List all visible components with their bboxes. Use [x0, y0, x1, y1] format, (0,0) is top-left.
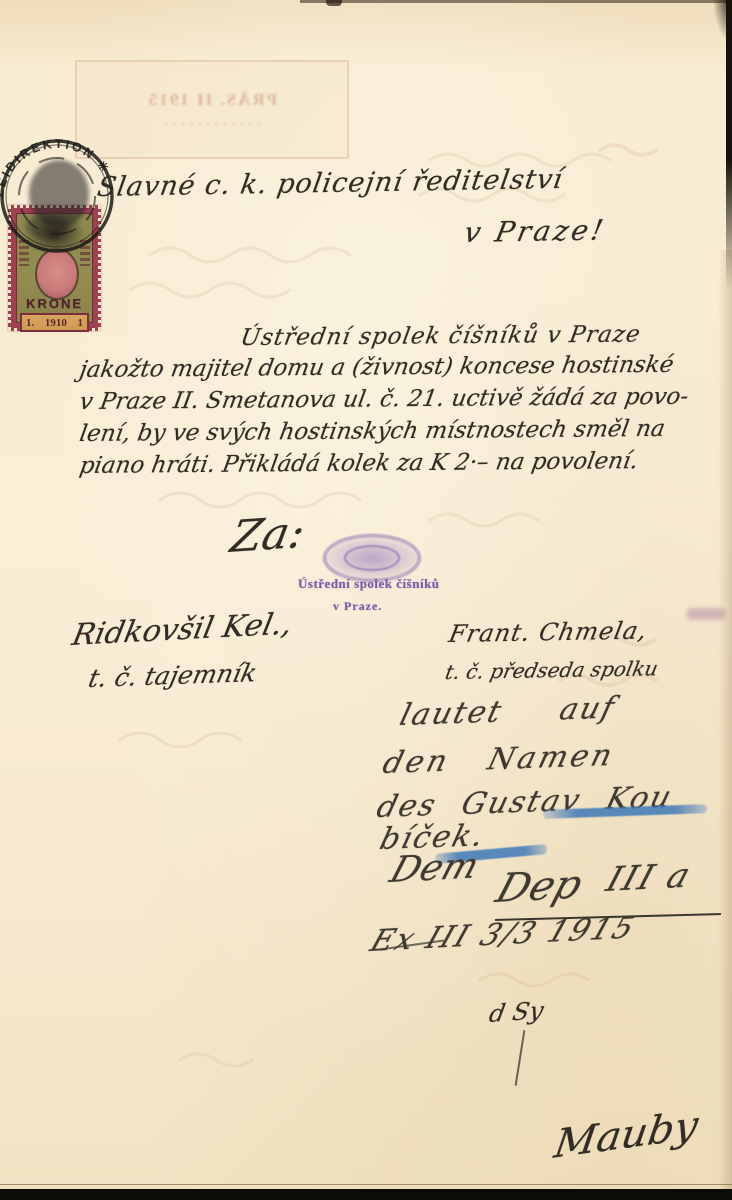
signature-right-name: Frant. Chmela, [447, 617, 650, 648]
ghost-registry-stamp-line1: PRÄS. II 1915 [77, 90, 347, 110]
body-line-5: piano hráti. Přikládá kolek za K 2·– na … [78, 448, 640, 479]
top-edge-mark [326, 0, 342, 6]
stamp-denomination-label: KRONE [17, 296, 92, 311]
right-edge-soft-shade [718, 250, 732, 1200]
za-label: Za: [227, 507, 309, 563]
stamp-value-left: 1. [26, 317, 34, 329]
paraph-initials: d Sy [487, 996, 546, 1028]
right-edge-shadow [726, 0, 732, 290]
signature-left-title: t. č. tajemník [86, 658, 260, 693]
heading-city: v Praze! [462, 214, 609, 249]
association-stamp-emblem-icon [323, 534, 421, 582]
body-line-1: Ústřední spolek číšníků v Praze [239, 322, 643, 351]
routing-word-dep: Dep [491, 862, 588, 912]
stamp-value-right: 1 [78, 317, 84, 329]
bottom-fold-line [0, 1184, 732, 1185]
signature-right-title: t. č. předseda spolku [443, 656, 660, 684]
body-line-2: jakožto majitel domu a (živnost) koncese… [78, 352, 676, 383]
stamp-value-tablet: 1. 1910 1 [20, 313, 89, 332]
scanned-document-page: PRÄS. II 1915 · · · · · · · · · · · · KR… [0, 0, 732, 1200]
body-line-3: v Praze II. Smetanova ul. č. 21. uctivě … [78, 384, 691, 415]
stamp-year: 1910 [45, 317, 67, 329]
association-stamp-line2: v Praze. [333, 599, 382, 614]
routing-word-dept-number: III a [602, 856, 697, 900]
bottom-edge-bar [0, 1189, 732, 1200]
body-line-4: lení, by ve svých hostinských místnostec… [78, 416, 667, 447]
association-stamp-line1: Ústřední spolek číšníků [298, 576, 440, 592]
top-edge-shadow [300, 0, 732, 3]
routing-word-dem: Dem [385, 846, 484, 891]
